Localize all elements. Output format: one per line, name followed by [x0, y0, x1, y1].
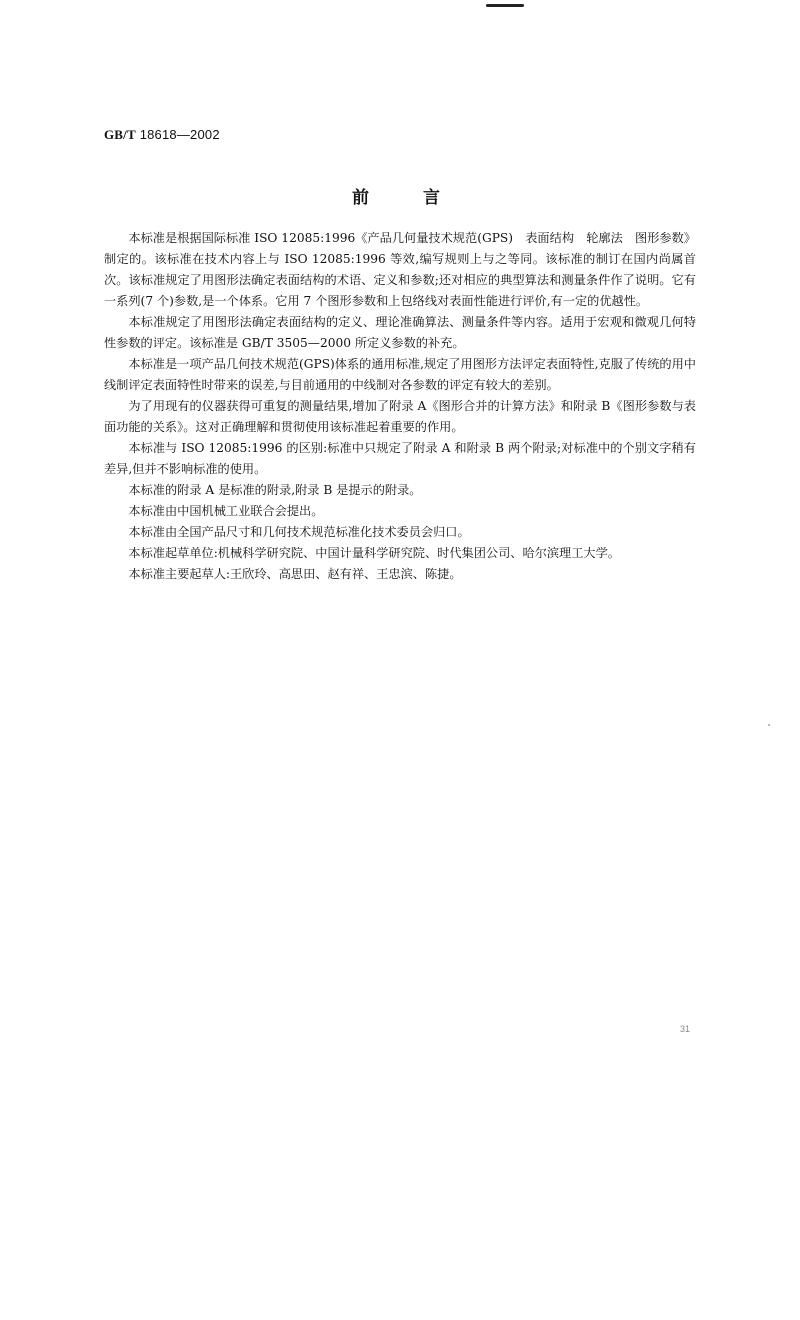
paragraph: 本标准是一项产品几何技术规范(GPS)体系的通用标准,规定了用图形方法评定表面特… — [104, 354, 696, 396]
paragraph: 本标准与 ISO 12085:1996 的区别:标准中只规定了附录 A 和附录 … — [104, 438, 696, 480]
paragraph: 为了用现有的仪器获得可重复的测量结果,增加了附录 A《图形合并的计算方法》和附录… — [104, 396, 696, 438]
standard-code: 18618—2002 — [140, 127, 220, 142]
paragraph: 本标准由中国机械工业联合会提出。 — [104, 501, 696, 522]
standard-number: GB/T 18618—2002 — [104, 127, 220, 143]
standard-prefix: GB/T — [104, 127, 136, 142]
title-char-2: 言 — [423, 183, 440, 208]
page-title: 前言 — [352, 183, 440, 208]
scan-mark — [486, 4, 524, 7]
paragraph: 本标准是根据国际标准 ISO 12085:1996《产品几何量技术规范(GPS)… — [104, 228, 696, 312]
page-number: 31 — [680, 1024, 690, 1034]
paragraph: 本标准起草单位:机械科学研究院、中国计量科学研究院、时代集团公司、哈尔滨理工大学… — [104, 543, 696, 564]
foreword-body: 本标准是根据国际标准 ISO 12085:1996《产品几何量技术规范(GPS)… — [104, 228, 696, 585]
scan-speck — [768, 724, 770, 726]
paragraph: 本标准由全国产品尺寸和几何技术规范标准化技术委员会归口。 — [104, 522, 696, 543]
title-char-1: 前 — [352, 183, 369, 208]
paragraph: 本标准规定了用图形法确定表面结构的定义、理论准确算法、测量条件等内容。适用于宏观… — [104, 312, 696, 354]
paragraph: 本标准主要起草人:王欣玲、高思田、赵有祥、王忠滨、陈捷。 — [104, 564, 696, 585]
paragraph: 本标准的附录 A 是标准的附录,附录 B 是提示的附录。 — [104, 480, 696, 501]
